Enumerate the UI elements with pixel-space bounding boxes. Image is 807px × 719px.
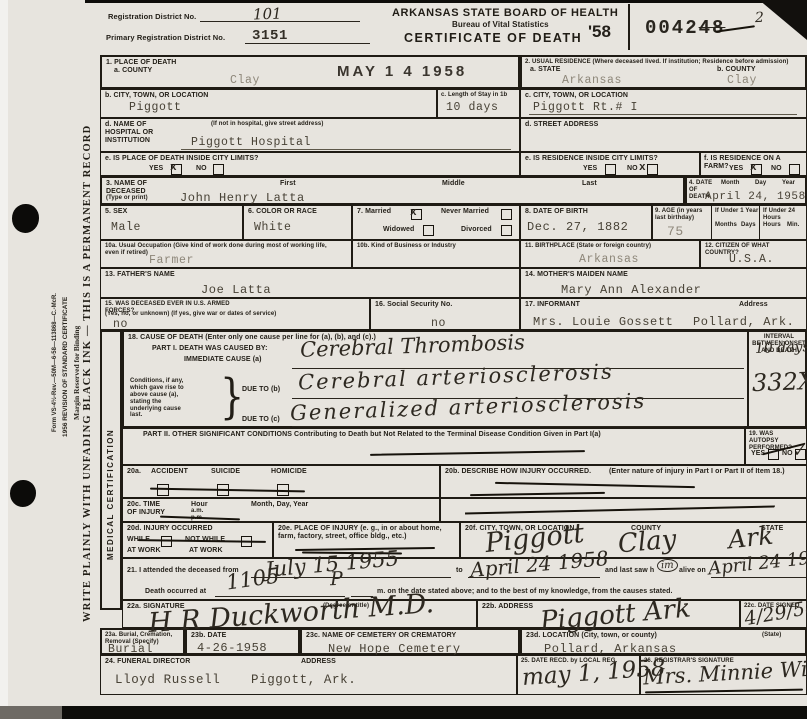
sex-value: Male bbox=[111, 221, 141, 234]
color-race-label: 6. COLOR OR RACE bbox=[248, 208, 317, 216]
cell-residence-farm: f. IS RESIDENCE ON A FARM? YES x NO bbox=[700, 152, 807, 176]
hole-punch-top bbox=[12, 204, 39, 233]
cell-mother-name: 14. MOTHER'S MAIDEN NAME Mary Ann Alexan… bbox=[520, 268, 807, 298]
hospital-value: Piggott Hospital bbox=[191, 136, 311, 149]
cell-part2: PART II. OTHER SIGNIFICANT CONDITIONS Co… bbox=[122, 428, 745, 465]
cell-informant: 17. INFORMANT Address Mrs. Louie Gossett… bbox=[520, 298, 807, 330]
revision-text: 1956 REVISION OF STANDARD CERTIFICATE bbox=[62, 297, 69, 437]
cemetery-value: New Hope Cemetery bbox=[328, 642, 461, 656]
cell-death-city-limits: e. IS PLACE OF DEATH INSIDE CITY LIMITS?… bbox=[100, 152, 520, 176]
cell-place-of-death: 1. PLACE OF DEATH a. COUNTY Clay MAY 1 4… bbox=[100, 55, 520, 89]
widowed-checkbox bbox=[423, 225, 434, 236]
residence-limits-yes-label: YES bbox=[583, 165, 597, 173]
serial-correction: 2 bbox=[755, 10, 764, 26]
burial-date-value: 4-26-1958 bbox=[197, 641, 267, 655]
funeral-director-label: 24. FUNERAL DIRECTOR bbox=[105, 658, 190, 666]
cell-name-of-deceased: 3. NAME OF DECEASED (Type or print) Firs… bbox=[100, 176, 685, 205]
cell-armed-forces: 15. WAS DECEASED EVER IN U.S. ARMED FORC… bbox=[100, 298, 370, 330]
color-race-value: White bbox=[254, 221, 292, 234]
informant-name-value: Mrs. Louie Gossett bbox=[533, 315, 673, 329]
married-mark: x bbox=[410, 207, 417, 219]
under-1yr-header: If Under 1 Year bbox=[715, 208, 759, 215]
death-limits-yes-label: YES bbox=[149, 165, 163, 173]
hole-punch-bottom bbox=[10, 480, 36, 507]
usual-residence-label: 2. USUAL RESIDENCE (Where deceased lived… bbox=[525, 59, 803, 66]
scan-bottom-band-light bbox=[0, 706, 62, 719]
injury-county-handwriting: Clay bbox=[617, 525, 678, 560]
accident-checkbox bbox=[157, 484, 169, 496]
accident-label: ACCIDENT bbox=[151, 468, 188, 476]
medical-certification-text: MEDICAL CERTIFICATION bbox=[106, 429, 115, 560]
mother-name-label: 14. MOTHER'S MAIDEN NAME bbox=[525, 271, 628, 279]
cause-code-handwriting: 332X bbox=[752, 367, 807, 397]
cell-birthplace: 11. BIRTHPLACE (State or foreign country… bbox=[520, 240, 700, 268]
cell-residence-city-limits: e. IS RESIDENCE INSIDE CITY LIMITS? YES … bbox=[520, 152, 700, 176]
form-number-text: Form VS-4½-Rev.—50M—6-58—113868—C.-McR. bbox=[52, 293, 58, 432]
death-limits-no-checkbox bbox=[213, 164, 224, 175]
cause-c-line bbox=[292, 426, 744, 427]
deceased-name-sub: (Type or print) bbox=[106, 195, 148, 202]
cell-industry: 10b. Kind of Business or Industry bbox=[352, 240, 520, 268]
under-24h-header: If Under 24 Hours bbox=[763, 208, 807, 222]
at-work-label-1: AT WORK bbox=[127, 547, 161, 555]
hospital-label: d. NAME OF HOSPITAL OR INSTITUTION bbox=[105, 121, 175, 145]
death-certificate-scan: Form VS-4½-Rev.—50M—6-58—113868—C.-McR. … bbox=[0, 0, 807, 719]
funeral-director-address-value: Piggott, Ark. bbox=[251, 673, 356, 687]
residence-limits-label: e. IS RESIDENCE INSIDE CITY LIMITS? bbox=[525, 155, 658, 163]
scan-left-edge bbox=[0, 0, 8, 719]
reg-district-underline bbox=[200, 21, 360, 22]
farm-yes-mark: x bbox=[750, 162, 757, 174]
serial-number: 004248 bbox=[645, 17, 725, 39]
sex-label: 5. SEX bbox=[105, 208, 127, 216]
date-of-death-value: April 24, 1958 bbox=[705, 191, 806, 203]
due-to-b-label: DUE TO (b) bbox=[242, 386, 280, 394]
part1-label: PART I. DEATH WAS CAUSED BY: bbox=[152, 345, 268, 353]
residence-city-label: c. CITY, TOWN, OR LOCATION bbox=[525, 92, 628, 100]
s20b-sub: (Enter nature of injury in Part I or Par… bbox=[609, 468, 785, 476]
farm-yes-label: YES bbox=[729, 165, 743, 173]
age-label: 9. AGE (in years last birthday) bbox=[655, 208, 707, 222]
citizen-value: U.S.A. bbox=[729, 253, 774, 266]
death-limits-yes-mark: x bbox=[170, 162, 177, 174]
write-plainly-text: WRITE PLAINLY WITH UNFADING BLACK INK — … bbox=[82, 125, 93, 622]
suicide-label: SUICIDE bbox=[211, 468, 240, 476]
received-date-stamp: MAY 1 4 1958 bbox=[337, 63, 467, 80]
binding-margin-text: Margin Reserved for Binding bbox=[72, 326, 81, 420]
cemetery-state-label: (State) bbox=[762, 632, 781, 639]
married-label: 7. Married bbox=[357, 208, 391, 216]
primary-district-value: 3151 bbox=[252, 28, 288, 44]
residence-county-label: b. COUNTY bbox=[717, 66, 756, 74]
cell-date-of-death: 4. DATE OF DEATH Month Day Year April 24… bbox=[685, 176, 807, 205]
cemetery-label: 23c. NAME OF CEMETERY OR CREMATORY bbox=[306, 632, 456, 640]
county-value: Clay bbox=[230, 74, 260, 87]
cell-cemetery: 23c. NAME OF CEMETERY OR CREMATORY New H… bbox=[300, 628, 520, 655]
farm-no-checkbox bbox=[789, 164, 800, 175]
s20d-label: 20d. INJURY OCCURRED bbox=[127, 525, 213, 533]
death-occurred-label: Death occurred at bbox=[145, 588, 206, 596]
residence-city-underline bbox=[529, 114, 797, 115]
cell-usual-residence: 2. USUAL RESIDENCE (Where deceased lived… bbox=[520, 55, 807, 89]
days-header: Days bbox=[741, 222, 756, 229]
hours-header: Hours bbox=[763, 222, 781, 229]
father-name-label: 13. FATHER'S NAME bbox=[105, 271, 175, 279]
cell-hospital-name: d. NAME OF HOSPITAL OR INSTITUTION (If n… bbox=[100, 118, 520, 152]
ssn-label: 16. Social Security No. bbox=[375, 301, 452, 309]
physician-address-label: 22b. ADDRESS bbox=[482, 603, 533, 611]
residence-limits-no-mark: x bbox=[639, 162, 646, 174]
death-occurred-rest: m. on the date stated above; and to the … bbox=[377, 588, 797, 596]
funeral-director-value: Lloyd Russell bbox=[115, 673, 220, 687]
cell-time-of-injury: 20c. TIME OF INJURY Hour a.m. p.m. Month… bbox=[122, 498, 440, 522]
cell-occupation: 10a. Usual Occupation (Give kind of work… bbox=[100, 240, 352, 268]
am-label: a.m. bbox=[191, 508, 203, 515]
widowed-label: Widowed bbox=[383, 226, 414, 234]
deceased-name-label: 3. NAME OF DECEASED bbox=[106, 180, 166, 196]
county-label: a. COUNTY bbox=[114, 67, 152, 75]
age-divider-1 bbox=[711, 206, 712, 239]
residence-limits-yes-checkbox bbox=[605, 164, 616, 175]
deceased-name-value: John Henry Latta bbox=[180, 191, 305, 205]
cell-marital-status: 7. Married x Never Married Widowed Divor… bbox=[352, 205, 520, 240]
cell-residence-city: c. CITY, TOWN, OR LOCATION Piggott Rt.# … bbox=[520, 89, 807, 118]
attended-to-label: to bbox=[456, 567, 463, 575]
length-of-stay-label: c. Length of Stay in 1b bbox=[441, 92, 507, 99]
informant-address-label: Address bbox=[739, 301, 768, 309]
s20b-label: 20b. DESCRIBE HOW INJURY OCCURRED. bbox=[445, 468, 591, 476]
death-limits-no-label: NO bbox=[196, 165, 207, 173]
father-name-value: Joe Latta bbox=[201, 283, 271, 297]
cell-color-race: 6. COLOR OR RACE White bbox=[243, 205, 352, 240]
armed-forces-sub: (Yes, no, or unknown) (If yes, give war … bbox=[105, 311, 305, 318]
part2-label: PART II. OTHER SIGNIFICANT CONDITIONS Co… bbox=[143, 431, 733, 439]
dod-month-header: Month bbox=[721, 180, 740, 187]
divorced-label: Divorced bbox=[461, 226, 492, 234]
cell-age: 9. AGE (in years last birthday) 75 If Un… bbox=[652, 205, 807, 240]
hospital-hint: (If not in hospital, give street address… bbox=[211, 121, 323, 128]
months-header: Months bbox=[715, 222, 737, 229]
min-header: Min. bbox=[787, 222, 799, 229]
middle-name-header: Middle bbox=[442, 180, 465, 188]
at-work-label-2: AT WORK bbox=[189, 547, 223, 555]
state-value: Arkansas bbox=[562, 74, 622, 87]
occupation-value: Farmer bbox=[149, 254, 194, 267]
occupation-label: 10a. Usual Occupation (Give kind of work… bbox=[105, 243, 335, 257]
interval-a-handwriting: 10 days. bbox=[755, 339, 807, 357]
first-name-header: First bbox=[280, 180, 296, 188]
due-to-c-label: DUE TO (c) bbox=[242, 416, 280, 424]
cell-date-of-birth: 8. DATE OF BIRTH Dec. 27, 1882 bbox=[520, 205, 652, 240]
cell-city-of-death: b. CITY, TOWN, OR LOCATION Piggott bbox=[100, 89, 437, 118]
city-of-death-label: b. CITY, TOWN, OR LOCATION bbox=[105, 92, 208, 100]
place-of-death-label: 1. PLACE OF DEATH bbox=[106, 59, 176, 67]
year-stamp: '58 bbox=[588, 22, 611, 42]
farm-no-label: NO bbox=[771, 165, 782, 173]
informant-address-value: Pollard, Ark. bbox=[693, 315, 794, 329]
scan-top-edge bbox=[85, 0, 807, 3]
state-label: a. STATE bbox=[530, 66, 561, 74]
cell-father-name: 13. FATHER'S NAME Joe Latta bbox=[100, 268, 520, 298]
last-saw-label: and last saw h bbox=[605, 567, 654, 575]
ssn-value: no bbox=[431, 317, 446, 330]
mdy-label: Month, Day, Year bbox=[251, 501, 308, 509]
dod-day-header: Day bbox=[755, 180, 766, 187]
last-name-header: Last bbox=[582, 180, 597, 188]
attended-label: 21. I attended the deceased from bbox=[127, 567, 239, 575]
industry-label: 10b. Kind of Business or Industry bbox=[357, 243, 456, 250]
bureau-subtitle: Bureau of Vital Statistics bbox=[452, 20, 549, 29]
cell-length-of-stay: c. Length of Stay in 1b 10 days bbox=[437, 89, 520, 118]
informant-label: 17. INFORMANT bbox=[525, 301, 580, 309]
dob-value: Dec. 27, 1882 bbox=[527, 220, 628, 234]
scan-bottom-band bbox=[0, 706, 807, 719]
immediate-cause-label: IMMEDIATE CAUSE (a) bbox=[184, 356, 262, 364]
cell-street-address: d. STREET ADDRESS bbox=[520, 118, 807, 152]
cell-citizen: 12. CITIZEN OF WHAT COUNTRY? U.S.A. bbox=[700, 240, 807, 268]
conditions-note: Conditions, if any, which gave rise to a… bbox=[130, 378, 188, 419]
city-of-death-value: Piggott bbox=[129, 101, 182, 114]
header-divider bbox=[628, 4, 630, 50]
street-address-label: d. STREET ADDRESS bbox=[525, 121, 598, 129]
injury-state-handwriting: Ark bbox=[727, 521, 775, 555]
death-meridiem-handwriting: P bbox=[330, 568, 344, 590]
cell-funeral-director: 24. FUNERAL DIRECTOR ADDRESS Lloyd Russe… bbox=[100, 655, 517, 695]
him-circled: im bbox=[657, 559, 678, 573]
reg-district-label: Registration District No. bbox=[108, 13, 196, 22]
mother-name-value: Mary Ann Alexander bbox=[561, 283, 701, 297]
s20a-label: 20a. bbox=[127, 468, 141, 476]
serial-prefix: 0042 bbox=[645, 17, 699, 39]
interval-divider bbox=[747, 332, 749, 428]
alive-on-label: alive on bbox=[679, 567, 706, 575]
death-city-limits-label: e. IS PLACE OF DEATH INSIDE CITY LIMITS? bbox=[105, 155, 258, 163]
residence-city-value: Piggott Rt.# I bbox=[533, 101, 638, 114]
never-married-label: Never Married bbox=[441, 208, 489, 216]
cemetery-location-value: Pollard, Arkansas bbox=[544, 642, 677, 656]
dob-label: 8. DATE OF BIRTH bbox=[525, 208, 588, 216]
s20e-label: 20e. PLACE OF INJURY (e. g., in or about… bbox=[278, 525, 453, 541]
hospital-underline bbox=[181, 149, 511, 150]
certificate-title: CERTIFICATE OF DEATH bbox=[404, 31, 582, 45]
funeral-director-address-label: ADDRESS bbox=[301, 658, 336, 666]
age-divider-2 bbox=[759, 206, 760, 239]
primary-district-underline bbox=[245, 43, 370, 44]
cell-accident-suicide-homicide: 20a. ACCIDENT SUICIDE HOMICIDE bbox=[122, 465, 440, 498]
length-of-stay-value: 10 days bbox=[446, 101, 499, 114]
serial-struck-digits: 48 bbox=[699, 17, 726, 39]
primary-district-label: Primary Registration District No. bbox=[106, 34, 225, 43]
residence-limits-no-checkbox bbox=[647, 164, 658, 175]
never-married-checkbox bbox=[501, 209, 512, 220]
cell-sex: 5. SEX Male bbox=[100, 205, 243, 240]
cell-ssn: 16. Social Security No. no bbox=[370, 298, 520, 330]
dod-year-header: Year bbox=[782, 180, 795, 187]
homicide-label: HOMICIDE bbox=[271, 468, 307, 476]
board-title: ARKANSAS STATE BOARD OF HEALTH bbox=[392, 7, 618, 20]
conditions-brace: } bbox=[220, 369, 244, 424]
residence-county-value: Clay bbox=[727, 74, 757, 87]
birthplace-label: 11. BIRTHPLACE (State or foreign country… bbox=[525, 243, 651, 250]
birthplace-value: Arkansas bbox=[579, 253, 639, 266]
age-value: 75 bbox=[667, 224, 684, 239]
divorced-checkbox bbox=[501, 225, 512, 236]
residence-limits-no-label: NO bbox=[627, 165, 638, 173]
